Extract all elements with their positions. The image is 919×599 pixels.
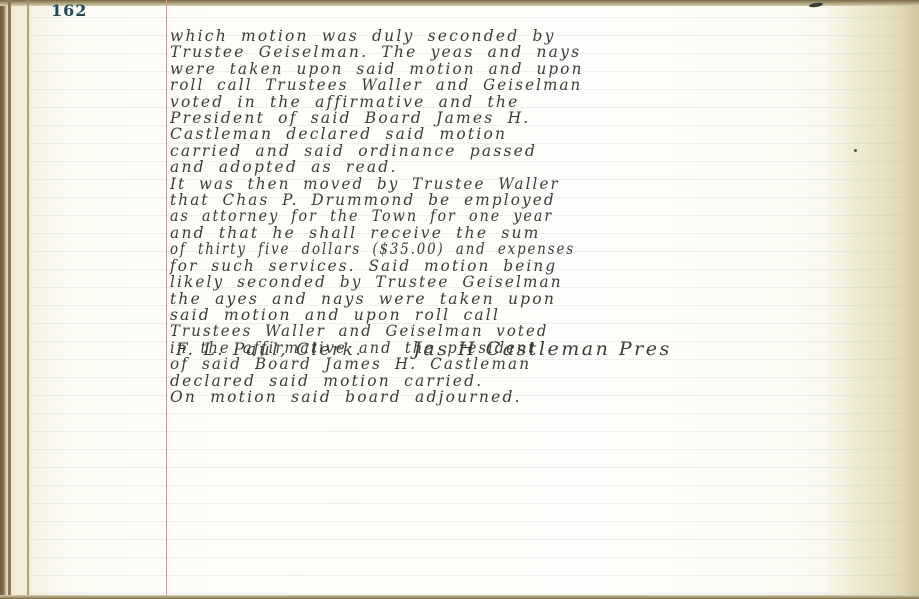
minutes-line: as attorney for the Town for one year [170,208,814,224]
minutes-line: and adopted as read. [170,159,870,175]
signature-block: F. L. Paul, Clerk. Jas H Castleman Pres [176,338,876,360]
minutes-line: It was then moved by Trustee Waller [170,176,849,192]
binding-edge [8,0,11,599]
minutes-line: that Chas P. Drummond be employed [170,192,856,208]
minutes-line: carried and said ordinance passed [170,143,870,159]
minutes-line: and that he shall receive the sum [170,225,870,241]
minutes-line: Trustee Geiselman. The yeas and nays [170,44,870,60]
minutes-line: President of said Board James H. [170,110,870,126]
minutes-line: voted in the affirmative and the [170,94,870,110]
clerk-signature: F. L. Paul, Clerk. [176,340,363,360]
minutes-line: declared said motion carried. [170,373,870,389]
margin-rule [166,0,167,599]
ledger-page: 162 which motion was duly seconded by Tr… [0,0,919,599]
minutes-line: roll call Trustees Waller and Geiselman [170,77,849,93]
minutes-line: were taken upon said motion and upon [170,61,856,77]
minutes-line: the ayes and nays were taken upon [170,291,870,307]
president-signature: Jas H Castleman Pres [413,338,671,360]
minutes-line: for such services. Said motion being [170,258,856,274]
binding-rule [27,0,29,599]
minutes-line: Castleman declared said motion [170,126,870,142]
minutes-line: which motion was duly seconded by [170,28,870,44]
page-bottom-edge [0,595,919,599]
minutes-line: of thirty five dollars ($35.00) and expe… [170,241,772,257]
minutes-line: On motion said board adjourned. [170,389,870,405]
minutes-line: likely seconded by Trustee Geiselman [170,274,856,290]
page-number: 162 [51,1,87,20]
minutes-line: said motion and upon roll call [170,307,870,323]
